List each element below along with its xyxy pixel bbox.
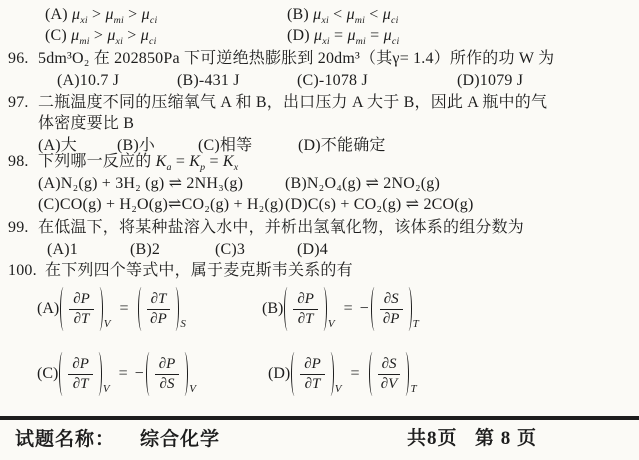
option-label: (B) [262, 300, 283, 318]
rhs-constant-subscript: S [180, 318, 186, 330]
close-paren-shape [172, 287, 179, 331]
question-100-option-b: (B) ∂P∂T V = − ∂S∂P T [262, 287, 419, 331]
prev-question-option-d: (D) μxi = μmi = μci [287, 26, 399, 46]
lhs-constant-subscript: V [328, 318, 335, 330]
question-98-option-b: (B)N₂O₄(g) ⇌ 2NO₂(g) [285, 174, 440, 194]
option-label: (C) [37, 365, 58, 383]
question-100-option-d: (D) ∂P∂T V = ∂S∂V T [268, 352, 417, 396]
lhs-partial-derivative: ∂P∂T V [60, 287, 110, 331]
question-97-title-line2: 体密度要比 B [38, 114, 134, 134]
prev-question-option-b: (B) μxi < μmi < μci [287, 5, 399, 25]
equals-sign: = [120, 300, 129, 318]
exam-page: (A) μxi > μmi > μci (B) μxi < μmi < μci … [0, 0, 639, 460]
option-label: (A) [37, 300, 59, 318]
close-paren-shape [327, 352, 334, 396]
question-100-number: 100. [8, 261, 37, 281]
rhs-numerator: ∂S [380, 291, 403, 310]
equals-sign: = [344, 300, 353, 318]
rhs-partial-derivative: ∂T∂P S [138, 287, 186, 331]
footer-divider-rule [0, 416, 639, 420]
open-paren-shape [138, 287, 145, 331]
lhs-denominator: ∂T [73, 375, 89, 393]
open-paren-shape [146, 352, 153, 396]
open-paren-shape [284, 287, 291, 331]
open-paren-shape [60, 287, 67, 331]
open-paren-shape [291, 352, 298, 396]
question-99-number: 99. [8, 218, 29, 238]
question-99-option-c: (C)3 [215, 240, 245, 260]
footer-current-page: 第 8 页 [475, 423, 537, 450]
lhs-numerator: ∂P [293, 291, 318, 310]
question-96-option-a: (A)10.7 J [57, 71, 119, 91]
lhs-constant-subscript: V [103, 383, 110, 395]
close-paren-shape [95, 352, 102, 396]
rhs-constant-subscript: T [413, 318, 419, 330]
equals-sign: = [351, 365, 360, 383]
question-96-option-b: (B)-431 J [177, 71, 240, 91]
question-97-number: 97. [8, 93, 29, 113]
rhs-denominator: ∂V [381, 375, 398, 393]
question-98-option-c: (C)CO(g) + H₂O(g)⇌CO₂(g) + H₂(g) [38, 195, 284, 215]
question-98-option-d: (D)C(s) + CO₂(g) ⇌ 2CO(g) [285, 195, 474, 215]
question-98-option-a: (A)N₂(g) + 3H₂ (g) ⇌ 2NH₃(g) [38, 174, 243, 194]
close-paren-shape [402, 352, 409, 396]
question-100-option-a: (A) ∂P∂T V = ∂T∂P S [37, 287, 186, 331]
footer-exam-name: 综合化学 [140, 424, 220, 451]
minus-sign: − [360, 300, 369, 318]
lhs-denominator: ∂T [74, 310, 90, 328]
question-99-title: 在低温下，将某种盐溶入水中，并析出氢氧化物，该体系的组分数为 [38, 218, 524, 238]
prev-question-option-c: (C) μmi > μxi > μci [45, 26, 157, 46]
close-paren-shape [405, 287, 412, 331]
question-97-title-line1: 二瓶温度不同的压缩氧气 A 和 B，出口压力 A 大于 B，因此 A 瓶中的气 [38, 93, 547, 113]
rhs-numerator: ∂T [147, 291, 171, 310]
open-paren-shape [369, 352, 376, 396]
equals-sign: = [119, 365, 128, 383]
question-97-option-d: (D)不能确定 [298, 136, 386, 156]
footer-total-pages: 共8页 [407, 423, 458, 450]
lhs-denominator: ∂T [305, 375, 321, 393]
question-99-option-b: (B)2 [130, 240, 160, 260]
prev-question-option-a: (A) μxi > μmi > μci [45, 5, 157, 25]
question-100-title: 在下列四个等式中，属于麦克斯韦关系的有 [45, 261, 353, 281]
close-paren-shape [96, 287, 103, 331]
rhs-denominator: ∂P [150, 310, 167, 328]
rhs-constant-subscript: T [410, 383, 416, 395]
lhs-numerator: ∂P [300, 356, 325, 375]
rhs-constant-subscript: V [189, 383, 196, 395]
rhs-numerator: ∂P [155, 356, 180, 375]
rhs-denominator: ∂S [160, 375, 175, 393]
question-99-option-d: (D)4 [297, 240, 328, 260]
lhs-partial-derivative: ∂P∂T V [59, 352, 109, 396]
rhs-numerator: ∂S [378, 356, 401, 375]
rhs-partial-derivative: ∂S∂V T [369, 352, 417, 396]
open-paren-shape [371, 287, 378, 331]
lhs-denominator: ∂T [298, 310, 314, 328]
question-98-title: 下列哪一反应的 Ka = Kp = Kx [38, 152, 238, 172]
question-96-option-c: (C)-1078 J [297, 71, 368, 91]
lhs-constant-subscript: V [104, 318, 111, 330]
rhs-denominator: ∂P [383, 310, 400, 328]
question-96-option-d: (D)1079 J [457, 71, 523, 91]
minus-sign: − [135, 365, 144, 383]
open-paren-shape [59, 352, 66, 396]
option-label: (D) [268, 365, 290, 383]
rhs-partial-derivative: ∂P∂S V [146, 352, 196, 396]
question-96-number: 96. [8, 49, 29, 69]
question-100-option-c: (C) ∂P∂T V = − ∂P∂S V [37, 352, 196, 396]
close-paren-shape [181, 352, 188, 396]
question-98-number: 98. [8, 152, 29, 172]
lhs-numerator: ∂P [69, 291, 94, 310]
lhs-numerator: ∂P [68, 356, 93, 375]
lhs-partial-derivative: ∂P∂T V [284, 287, 334, 331]
lhs-partial-derivative: ∂P∂T V [291, 352, 341, 396]
close-paren-shape [320, 287, 327, 331]
lhs-constant-subscript: V [335, 383, 342, 395]
rhs-partial-derivative: ∂S∂P T [371, 287, 419, 331]
question-96-title: 5dm³O₂ 在 202850Pa 下可逆绝热膨胀到 20dm³（其γ= 1.4… [38, 49, 554, 69]
question-99-option-a: (A)1 [47, 240, 78, 260]
footer-exam-name-label: 试题名称： [15, 424, 115, 451]
